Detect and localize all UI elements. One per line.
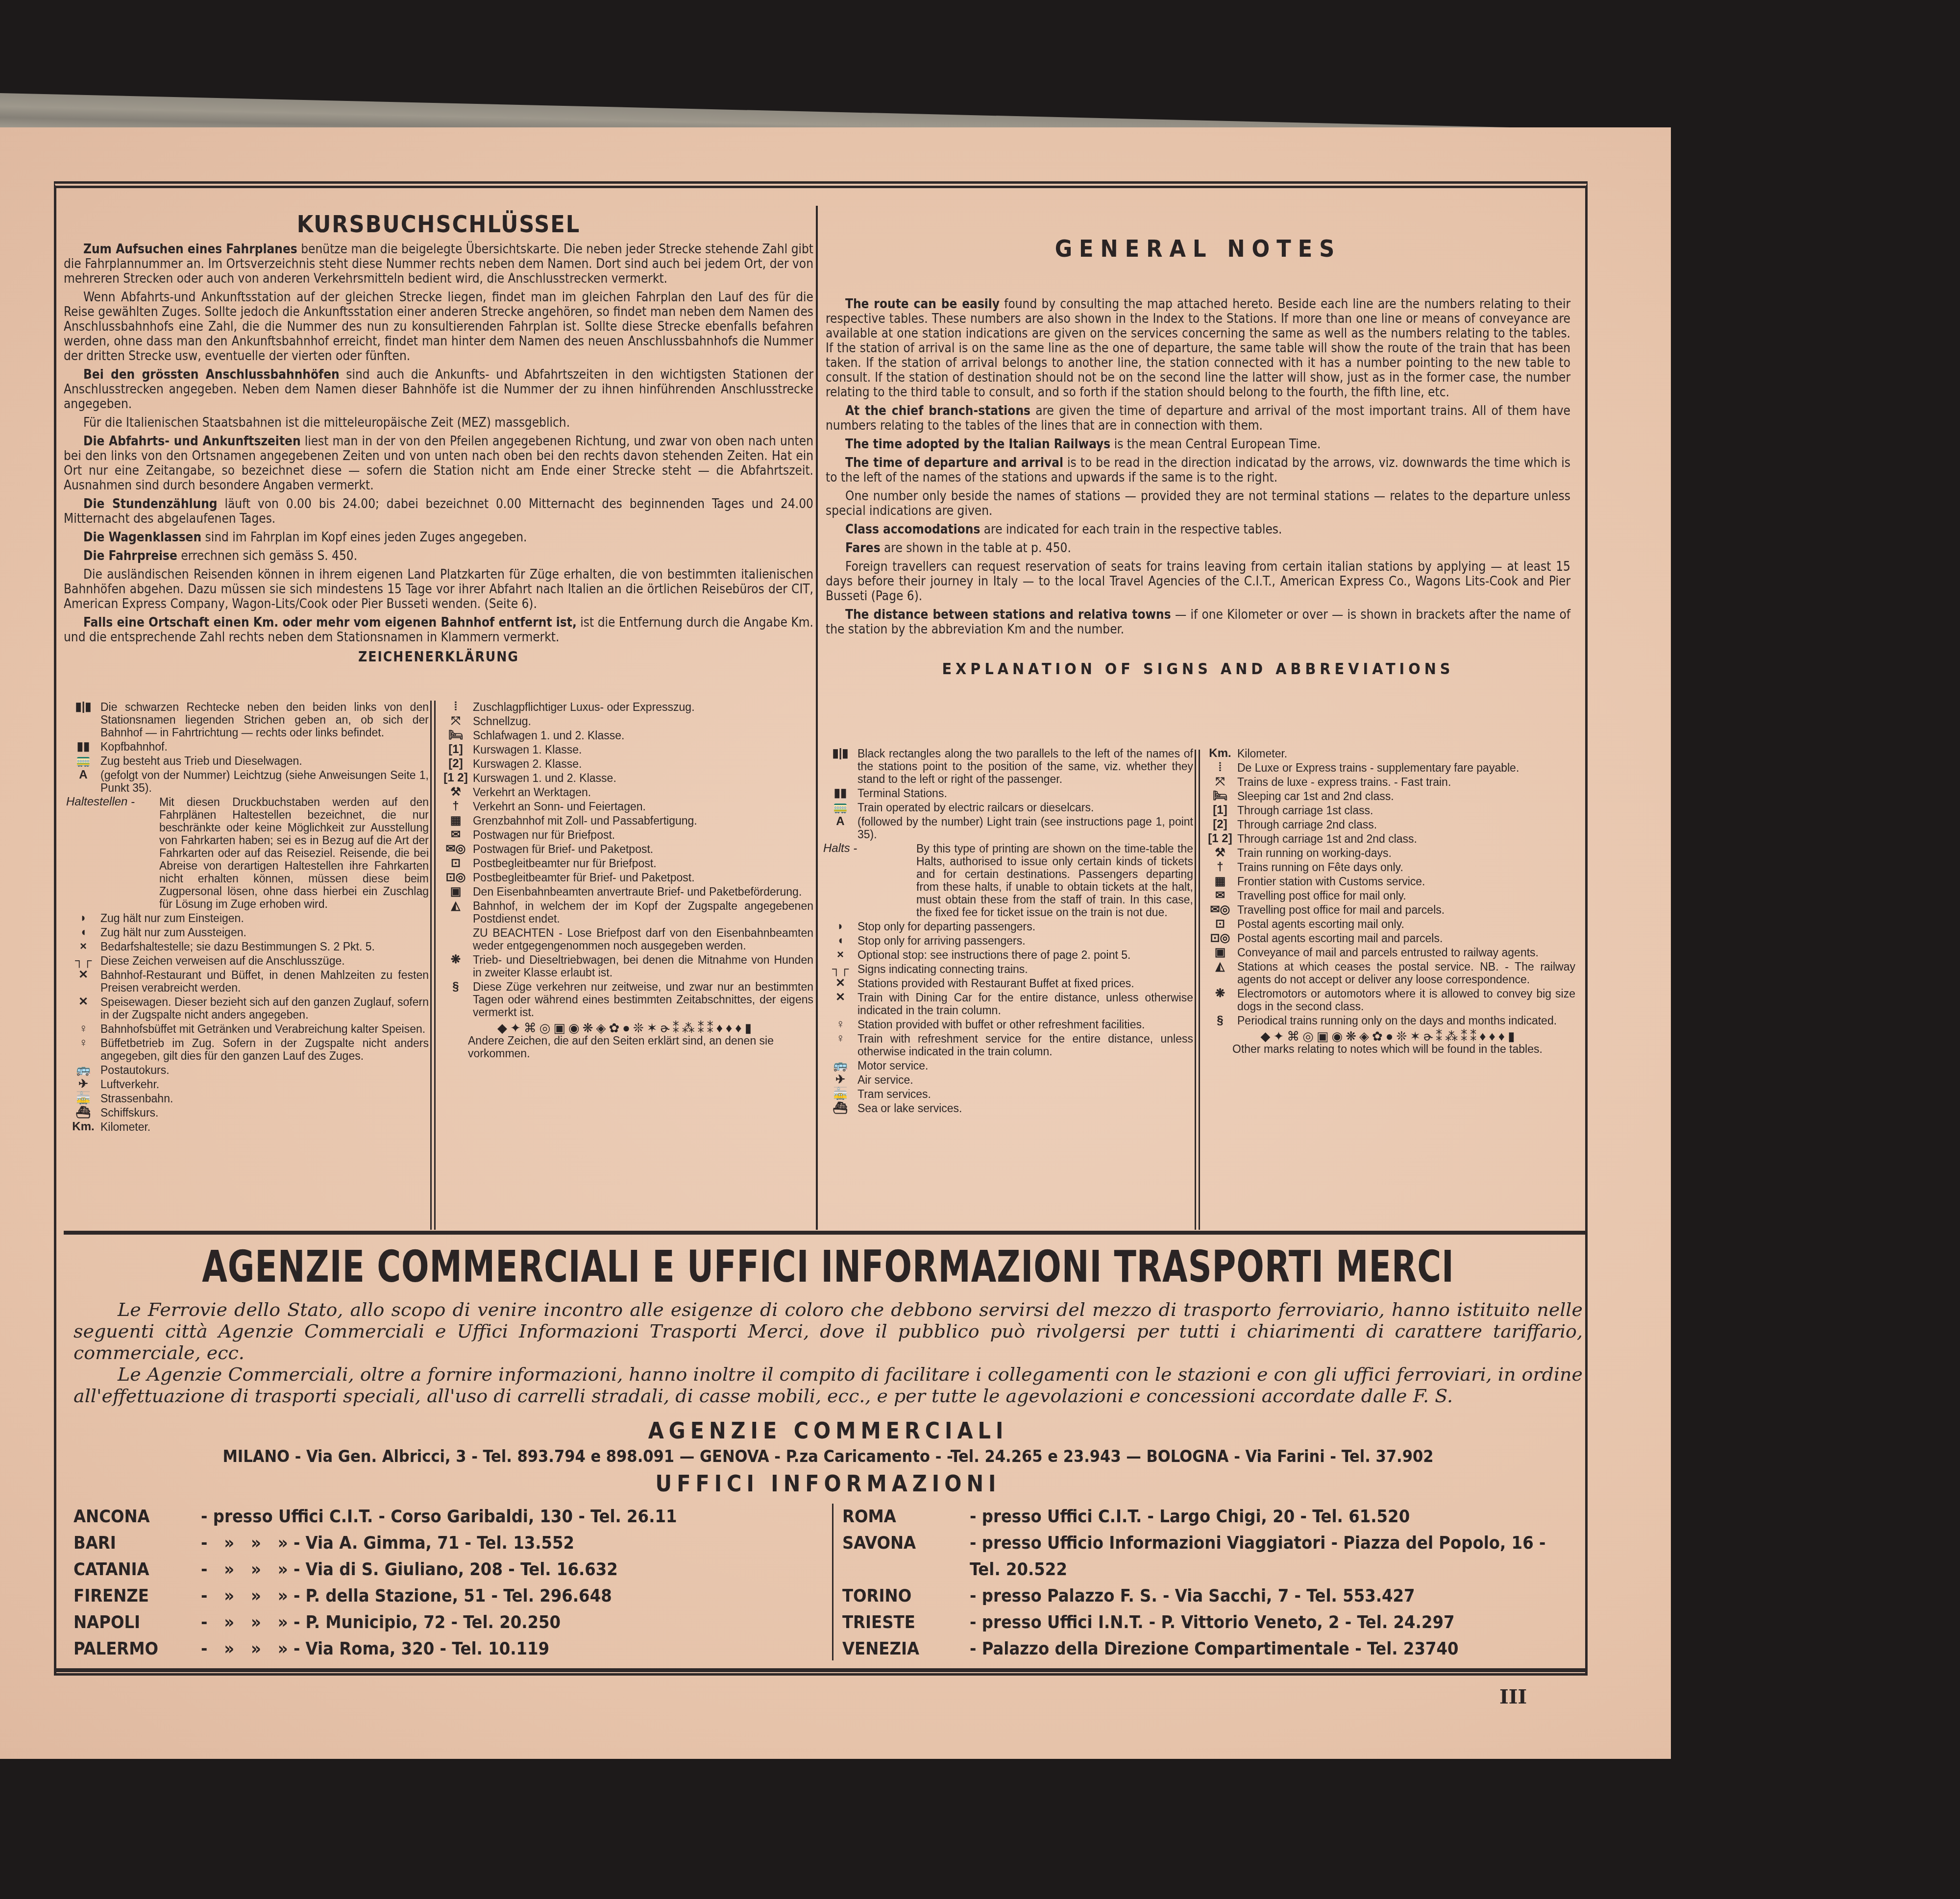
legend-row: §Diese Züge verkehren nur zeitweise, und… <box>439 980 813 1019</box>
through-carriage-2-icon: [2] <box>1203 818 1237 831</box>
legend-text: Train with refreshment service for the e… <box>857 1032 1193 1058</box>
legend-text: Trains de luxe - express trains. - Fast … <box>1237 776 1575 788</box>
legend-text: Postbegleitbeamter für Brief- und Paketp… <box>473 871 813 884</box>
office-detail: - presso Uffici C.I.T. - Corso Garibaldi… <box>201 1504 677 1530</box>
airplane-icon: ✈ <box>66 1078 100 1091</box>
legend-divider-right <box>1195 750 1196 1230</box>
paragraph-text: One number only beside the names of stat… <box>826 489 1570 518</box>
legend-divider-left-2 <box>434 701 436 1230</box>
paragraph: Die Stundenzählung läuft von 0.00 bis 24… <box>64 497 813 526</box>
legend-row: [1]Through carriage 1st class. <box>1203 804 1575 817</box>
agencies-intro-2: Le Agenzie Commerciali, oltre a fornire … <box>73 1363 1583 1407</box>
office-detail: - » » » - Via A. Gimma, 71 - Tel. 13.552 <box>201 1530 574 1557</box>
legend-text: Speisewagen. Dieser bezieht sich auf den… <box>100 996 429 1021</box>
legend-row: ×Bedarfshaltestelle; sie dazu Bestimmung… <box>66 940 429 953</box>
dining-car-icon: ✕ <box>823 991 857 1004</box>
train-buffet-icon: ♀ <box>823 1032 857 1045</box>
legend-text: Signs indicating connecting trains. <box>857 963 1193 975</box>
arriving-only-icon: ◖ <box>823 934 857 947</box>
supplement-icon: ⦙ <box>1203 761 1237 774</box>
km-label: Km. <box>66 1120 100 1133</box>
legend-text: Bahnhof-Restaurant und Büffet, in denen … <box>100 969 429 994</box>
legend-row: ◗Zug hält nur zum Einsteigen. <box>66 912 429 925</box>
agencies-title: AGENZIE COMMERCIALI E UFFICI INFORMAZION… <box>73 1242 1583 1292</box>
connection-icon: ┐┌ <box>66 954 100 967</box>
office-city: TRIESTE <box>842 1609 970 1636</box>
legend-row: ♀Büffetbetrieb im Zug. Sofern in der Zug… <box>66 1037 429 1062</box>
railway-agents-icon: ▣ <box>1203 946 1237 959</box>
office-row: FIRENZE- » » » - P. della Stazione, 51 -… <box>73 1583 823 1609</box>
legend-text: Travelling post office for mail and parc… <box>1237 903 1575 916</box>
legend-row: †Verkehrt an Sonn- und Feiertagen. <box>439 800 813 813</box>
paragraph: Class accomodations are indicated for ea… <box>826 522 1570 537</box>
legend-row: ⛴Schiffskurs. <box>66 1106 429 1119</box>
paragraph-lead: The route can be easily <box>845 297 1000 312</box>
legend-text: Luftverkehr. <box>100 1078 429 1091</box>
legend-text: (gefolgt von der Nummer) Leichtzug (sieh… <box>100 769 429 794</box>
kursbuch-paragraphs: Zum Aufsuchen eines Fahrplanes benütze m… <box>64 242 813 645</box>
legend-row: ZU BEACHTEN - Lose Briefpost darf von de… <box>439 926 813 952</box>
paragraph-lead: The time adopted by the Italian Railways <box>845 437 1110 452</box>
workdays-icon: ⚒ <box>439 786 473 799</box>
paragraph-lead: The distance between stations and relati… <box>845 608 1171 622</box>
office-row: PALERMO- » » » - Via Roma, 320 - Tel. 10… <box>73 1636 823 1662</box>
legend-text: Kilometer. <box>1237 747 1575 760</box>
legend-row: ◖Zug hält nur zum Aussteigen. <box>66 926 429 939</box>
legend-row: A(followed by the number) Light train (s… <box>823 815 1193 841</box>
dogs-allowed-icon: ❋ <box>1203 987 1237 1000</box>
office-city: ANCONA <box>73 1504 201 1530</box>
office-row: TRIESTE- presso Uffici I.N.T. - P. Vitto… <box>842 1609 1577 1636</box>
legend-row: ▮▮Terminal Stations. <box>823 787 1193 800</box>
agencies-intro-1: Le Ferrovie dello Stato, allo scopo di v… <box>73 1299 1583 1363</box>
other-symbols: ◆✦⌘◎▣◉❋◈✿●❊✶ɚ⁑⁂⁑⁑♦♦♦▮ <box>439 1022 813 1034</box>
legend-row: ✈Luftverkehr. <box>66 1078 429 1091</box>
station-side-rectangles-icon: ▮|▮ <box>823 747 857 760</box>
legend-text: Bedarfshaltestelle; sie dazu Bestimmunge… <box>100 940 429 953</box>
legend-row: ✕Bahnhof-Restaurant und Büffet, in denen… <box>66 969 429 994</box>
paragraph-lead: Bei den grössten Anschlussbahnhöfen <box>83 367 340 382</box>
km-label: Km. <box>1203 747 1237 760</box>
legend-text: Strassenbahn. <box>100 1092 429 1105</box>
bottom-rule <box>54 1668 1588 1672</box>
legend-text: Kilometer. <box>100 1120 429 1133</box>
halts-label: Haltestellen - <box>66 796 159 808</box>
office-city: PALERMO <box>73 1636 201 1662</box>
legend-text: Grenzbahnhof mit Zoll- und Passabfertigu… <box>473 814 813 827</box>
legend-row: 🛏Sleeping car 1st and 2nd class. <box>1203 790 1575 803</box>
info-offices-title: UFFICI INFORMAZIONI <box>73 1470 1583 1497</box>
paragraph: Zum Aufsuchen eines Fahrplanes benütze m… <box>64 242 813 286</box>
legend-text: Conveyance of mail and parcels entrusted… <box>1237 946 1575 959</box>
office-row: ROMA- presso Uffici C.I.T. - Largo Chigi… <box>842 1504 1577 1530</box>
paragraph: The time of departure and arrival is to … <box>826 456 1570 485</box>
office-city: NAPOLI <box>73 1609 201 1636</box>
paragraph: The time adopted by the Italian Railways… <box>826 437 1570 452</box>
legend-text: Postal agents escorting mail only. <box>1237 918 1575 930</box>
legend-text: Stations at which ceases the postal serv… <box>1237 960 1575 986</box>
legend-divider-right-2 <box>1199 750 1200 1230</box>
legend-row: 🚋Strassenbahn. <box>66 1092 429 1105</box>
office-city: VENEZIA <box>842 1636 970 1662</box>
restaurant-icon: ✕ <box>66 969 100 981</box>
kursbuch-title: KURSBUCHSCHLÜSSEL <box>64 211 813 238</box>
paragraph-lead: At the chief branch-stations <box>845 404 1030 418</box>
legend-row: ✉Postwagen nur für Briefpost. <box>439 828 813 841</box>
paragraph: One number only beside the names of stat… <box>826 489 1570 518</box>
legend-text: Zug besteht aus Trieb und Dieselwagen. <box>100 755 429 767</box>
legend-row: ⛴Sea or lake services. <box>823 1102 1193 1115</box>
station-side-rectangles-icon: ▮|▮ <box>66 701 100 713</box>
legend-row: ⤧Schnellzug. <box>439 715 813 728</box>
legend-row: ❋Electromotors or automotors where it is… <box>1203 987 1575 1013</box>
office-row: ANCONA- presso Uffici C.I.T. - Corso Gar… <box>73 1504 823 1530</box>
legend-text: Kopfbahnhof. <box>100 740 429 753</box>
legend-row: ┐┌Signs indicating connecting trains. <box>823 963 1193 975</box>
through-carriage-12-icon: [1 2] <box>1203 832 1237 845</box>
legend-text: Kurswagen 1. und 2. Klasse. <box>473 772 813 784</box>
dining-car-icon: ✕ <box>66 996 100 1008</box>
page-number: III <box>1499 1685 1527 1708</box>
postal-agents-icon: ⊡ <box>1203 918 1237 930</box>
legend-text: Den Eisenbahnbeamten anvertraute Brief- … <box>473 885 813 898</box>
legend-text: Stop only for arriving passengers. <box>857 934 1193 947</box>
offices-divider <box>832 1504 833 1660</box>
paragraph-lead: Die Abfahrts- und Ankunftszeiten <box>83 434 301 449</box>
other-symbols-text: Andere Zeichen, die auf den Seiten erklä… <box>439 1034 813 1060</box>
dogs-allowed-icon: ❋ <box>439 953 473 966</box>
supplement-icon: ⦙ <box>439 701 473 713</box>
legend-text: Through carriage 1st and 2nd class. <box>1237 832 1575 845</box>
legend-row: ▮|▮Black rectangles along the two parall… <box>823 747 1193 785</box>
legend-row: ▦Frontier station with Customs service. <box>1203 875 1575 888</box>
commercial-agencies-title: AGENZIE COMMERCIALI <box>73 1417 1583 1444</box>
general-notes-title: GENERAL NOTES <box>826 235 1570 263</box>
legend-text: Kurswagen 1. Klasse. <box>473 743 813 756</box>
legend-text: Postwagen nur für Briefpost. <box>473 828 813 841</box>
tram-icon: 🚋 <box>66 1092 100 1105</box>
legend-text: Trieb- und Dieseltriebwagen, bei denen d… <box>473 953 813 979</box>
legend-row: ⦙De Luxe or Express trains - supplementa… <box>1203 761 1575 774</box>
legend-row: ⚒Train running on working-days. <box>1203 847 1575 859</box>
postbus-icon: 🚌 <box>66 1064 100 1076</box>
departing-only-icon: ◗ <box>823 920 857 933</box>
notes-legend-left: ▮|▮Black rectangles along the two parall… <box>823 747 1193 1232</box>
paragraph: The distance between stations and relati… <box>826 608 1570 637</box>
other-marks: ◆✦⌘◎▣◉❋◈✿●❊✶ɚ⁑⁂⁑⁑♦♦♦▮ <box>1203 1030 1575 1043</box>
ship-icon: ⛴ <box>823 1102 857 1115</box>
express-train-icon: ⤧ <box>439 715 473 728</box>
legend-row: ✕Train with Dining Car for the entire di… <box>823 991 1193 1017</box>
legend-text: Postal agents escorting mail and parcels… <box>1237 932 1575 945</box>
legend-text: Black rectangles along the two parallels… <box>857 747 1193 785</box>
paragraph: Fares are shown in the table at p. 450. <box>826 541 1570 556</box>
paragraph-lead: Fares <box>845 541 881 556</box>
legend-text: Postautokurs. <box>100 1064 429 1076</box>
legend-row: ✕Stations provided with Restaurant Buffe… <box>823 977 1193 990</box>
office-row: BARI- » » » - Via A. Gimma, 71 - Tel. 13… <box>73 1530 823 1557</box>
legend-row: ▦Grenzbahnhof mit Zoll- und Passabfertig… <box>439 814 813 827</box>
express-train-icon: ⤧ <box>1203 776 1237 788</box>
postal-escort-icon: ⊡ <box>439 857 473 870</box>
legend-text: Bahnhofsbüffet mit Getränken und Verabre… <box>100 1023 429 1035</box>
paragraph-text: Für die Italienischen Staatsbahnen ist d… <box>83 415 570 430</box>
kursbuch-legend-right: ⦙Zuschlagpflichtiger Luxus- oder Express… <box>439 701 813 1230</box>
office-detail: - presso Ufficio Informazioni Viaggiator… <box>970 1530 1577 1583</box>
paragraph-lead: Falls eine Ortschaft einen Km. oder mehr… <box>83 615 577 630</box>
postal-end-icon: ◭ <box>439 900 473 912</box>
paragraph-text: are indicated for each train in the resp… <box>980 522 1282 537</box>
legend-row: ⊡◎Postbegleitbeamter für Brief- und Pake… <box>439 871 813 884</box>
legend-row: ♀Station provided with buffet or other r… <box>823 1018 1193 1031</box>
legend-row: ♀Train with refreshment service for the … <box>823 1032 1193 1058</box>
office-detail: - » » » - Via di S. Giuliano, 208 - Tel.… <box>201 1557 618 1583</box>
legend-row: ⤧Trains de luxe - express trains. - Fast… <box>1203 776 1575 788</box>
paragraph-lead: Die Stundenzählung <box>83 497 218 511</box>
office-detail: - presso Uffici C.I.T. - Largo Chigi, 20… <box>970 1504 1410 1530</box>
office-detail: - presso Uffici I.N.T. - P. Vittorio Ven… <box>970 1609 1455 1636</box>
paragraph-lead: The time of departure and arrival <box>845 456 1063 470</box>
legend-row: 🛏Schlafwagen 1. und 2. Klasse. <box>439 729 813 742</box>
legend-text: ZU BEACHTEN - Lose Briefpost darf von de… <box>473 926 813 952</box>
legend-row: ┐┌Diese Zeichen verweisen auf die Anschl… <box>66 954 429 967</box>
connection-icon: ┐┌ <box>823 963 857 975</box>
legend-row: ×Optional stop: see instructions there o… <box>823 949 1193 961</box>
notes-legend-right: Km.Kilometer.⦙De Luxe or Express trains … <box>1203 747 1575 1232</box>
office-city: CATANIA <box>73 1557 201 1583</box>
legend-row: 🚌Motor service. <box>823 1059 1193 1072</box>
legend-text: Through carriage 2nd class. <box>1237 818 1575 831</box>
legend-row: ◭Bahnhof, in welchem der im Kopf der Zug… <box>439 900 813 925</box>
sleeping-car-icon: 🛏 <box>439 729 473 742</box>
legend-text: Zuschlagpflichtiger Luxus- oder Expressz… <box>473 701 813 713</box>
paragraph-lead: Zum Aufsuchen eines Fahrplanes <box>83 242 297 257</box>
legend-row: 🚋Tram services. <box>823 1088 1193 1100</box>
legend-text: Motor service. <box>857 1059 1193 1072</box>
legend-row: ✉◎Postwagen für Brief- und Paketpost. <box>439 843 813 855</box>
paragraph: Die Fahrpreise errechnen sich gemäss S. … <box>64 549 813 563</box>
legend-text: Verkehrt an Sonn- und Feiertagen. <box>473 800 813 813</box>
paragraph: Wenn Abfahrts-und Ankunftsstation auf de… <box>64 290 813 364</box>
legend-row: ⊡Postal agents escorting mail only. <box>1203 918 1575 930</box>
legend-row: ✕Speisewagen. Dieser bezieht sich auf de… <box>66 996 429 1021</box>
legend-text: Station provided with buffet or other re… <box>857 1018 1193 1031</box>
legend-row: ❋Trieb- und Dieseltriebwagen, bei denen … <box>439 953 813 979</box>
legend-text: (followed by the number) Light train (se… <box>857 815 1193 841</box>
legend-text: Bahnhof, in welchem der im Kopf der Zugs… <box>473 900 813 925</box>
legend-row: ✈Air service. <box>823 1073 1193 1086</box>
mail-parcels-icon: ✉◎ <box>1203 903 1237 916</box>
legend-row: [1 2]Kurswagen 1. und 2. Klasse. <box>439 772 813 784</box>
letter-post-icon: ✉ <box>439 828 473 841</box>
restaurant-icon: ✕ <box>823 977 857 990</box>
through-coach-12-icon: [1 2] <box>439 772 473 784</box>
office-city: FIRENZE <box>73 1583 201 1609</box>
through-carriage-1-icon: [1] <box>1203 804 1237 817</box>
legend-row: Km.Kilometer. <box>66 1120 429 1133</box>
legend-row: ✉Travelling post office for mail only. <box>1203 889 1575 902</box>
office-row: NAPOLI- » » » - P. Municipio, 72 - Tel. … <box>73 1609 823 1636</box>
legend-row: †Trains running on Fête days only. <box>1203 861 1575 874</box>
paragraph-text: Foreign travellers can request reservati… <box>826 560 1570 604</box>
legend-row: ⚒Verkehrt an Werktagen. <box>439 786 813 799</box>
legend-text: Zug hält nur zum Einsteigen. <box>100 912 429 925</box>
letter-parcel-post-icon: ✉◎ <box>439 843 473 855</box>
legend-row: 🚃Zug besteht aus Trieb und Dieselwagen. <box>66 755 429 767</box>
airplane-icon: ✈ <box>823 1073 857 1086</box>
column-divider <box>816 206 818 1230</box>
legend-row: ▮|▮Die schwarzen Rechtecke neben den bei… <box>66 701 429 739</box>
paragraph: Foreign travellers can request reservati… <box>826 560 1570 604</box>
general-notes-section: GENERAL NOTES The route can be easily fo… <box>826 230 1570 720</box>
paragraph-text: found by consulting the map attached her… <box>826 297 1570 400</box>
office-detail: - » » » - Via Roma, 320 - Tel. 10.119 <box>201 1636 549 1662</box>
legend-row: ♀Bahnhofsbüffet mit Getränken und Verabr… <box>66 1023 429 1035</box>
paragraph-lead: Die Fahrpreise <box>83 549 177 563</box>
terminal-station-icon: ▮▮ <box>66 740 100 753</box>
legend-row: ⦙Zuschlagpflichtiger Luxus- oder Express… <box>439 701 813 713</box>
legend-divider-left <box>430 701 432 1230</box>
legend-text: Train operated by electric railcars or d… <box>857 801 1193 814</box>
offices-left: ANCONA- presso Uffici C.I.T. - Corso Gar… <box>73 1504 823 1662</box>
alighting-only-icon: ◖ <box>66 926 100 939</box>
legend-text: Periodical trains running only on the da… <box>1237 1014 1575 1027</box>
paragraph: Die Abfahrts- und Ankunftszeiten liest m… <box>64 434 813 493</box>
through-coach-1-icon: [1] <box>439 743 473 756</box>
paragraph: Falls eine Ortschaft einen Km. oder mehr… <box>64 615 813 645</box>
legend-text: Diese Zeichen verweisen auf die Anschlus… <box>100 954 429 967</box>
legend-row: §Periodical trains running only on the d… <box>1203 1014 1575 1027</box>
legend-text: Tram services. <box>857 1088 1193 1100</box>
paragraph: The route can be easily found by consult… <box>826 297 1570 400</box>
legend-text: Zug hält nur zum Aussteigen. <box>100 926 429 939</box>
legend-text: Air service. <box>857 1073 1193 1086</box>
legend-text: Optional stop: see instructions there of… <box>857 949 1193 961</box>
postal-agents-parcels-icon: ⊡◎ <box>1203 932 1237 945</box>
legend-row: Halts -By this type of printing are show… <box>823 842 1193 919</box>
mail-only-icon: ✉ <box>1203 889 1237 902</box>
legend-row: ▣Den Eisenbahnbeamten anvertraute Brief-… <box>439 885 813 898</box>
railcar-icon: 🚃 <box>66 755 100 767</box>
legend-text: Verkehrt an Werktagen. <box>473 786 813 799</box>
general-notes-paragraphs: The route can be easily found by consult… <box>826 297 1570 637</box>
legend-text: Schiffskurs. <box>100 1106 429 1119</box>
office-city: ROMA <box>842 1504 970 1530</box>
paragraph-text: is the mean Central European Time. <box>1110 437 1321 452</box>
paragraph-text: sind im Fahrplan im Kopf eines jeden Zug… <box>201 530 527 545</box>
paragraph-text: errechnen sich gemäss S. 450. <box>177 549 357 563</box>
periodic-train-icon: § <box>439 980 473 993</box>
legend-text: By this type of printing are shown on th… <box>916 842 1193 919</box>
legend-text: Terminal Stations. <box>857 787 1193 800</box>
tram-icon: 🚋 <box>823 1088 857 1100</box>
motor-service-icon: 🚌 <box>823 1059 857 1072</box>
legend-row: [2]Through carriage 2nd class. <box>1203 818 1575 831</box>
boarding-only-icon: ◗ <box>66 912 100 925</box>
station-buffet-icon: ♀ <box>823 1018 857 1031</box>
office-city: TORINO <box>842 1583 970 1609</box>
train-buffet-icon: ♀ <box>66 1037 100 1049</box>
office-row: SAVONA- presso Ufficio Informazioni Viag… <box>842 1530 1577 1583</box>
railway-mail-icon: ▣ <box>439 885 473 898</box>
explanation-title: EXPLANATION OF SIGNS AND ABBREVIATIONS <box>826 659 1570 678</box>
office-detail: - » » » - P. Municipio, 72 - Tel. 20.250 <box>201 1609 561 1636</box>
station-buffet-icon: ♀ <box>66 1023 100 1035</box>
paragraph-lead: Class accomodations <box>845 522 980 537</box>
legend-row: ▮▮Kopfbahnhof. <box>66 740 429 753</box>
legend-row: 🚌Postautokurs. <box>66 1064 429 1076</box>
zeichenerklaerung-title: ZEICHENERKLÄRUNG <box>64 649 813 665</box>
office-city: BARI <box>73 1530 201 1557</box>
legend-row: ✉◎Travelling post office for mail and pa… <box>1203 903 1575 916</box>
paragraph-lead: Die Wagenklassen <box>83 530 201 545</box>
legend-text: Stations provided with Restaurant Buffet… <box>857 977 1193 990</box>
light-train-icon: A <box>66 769 100 781</box>
frontier-station-icon: ▦ <box>1203 875 1237 888</box>
paragraph-text: Wenn Abfahrts-und Ankunftsstation auf de… <box>64 290 813 364</box>
workdays-icon: ⚒ <box>1203 847 1237 859</box>
legend-text: Sleeping car 1st and 2nd class. <box>1237 790 1575 803</box>
legend-row: Km.Kilometer. <box>1203 747 1575 760</box>
paragraph-text: are shown in the table at p. 450. <box>881 541 1071 556</box>
commercial-agencies-line: MILANO - Via Gen. Albricci, 3 - Tel. 893… <box>73 1447 1583 1466</box>
postal-end-icon: ◭ <box>1203 960 1237 973</box>
legend-text: Travelling post office for mail only. <box>1237 889 1575 902</box>
legend-text: Frontier station with Customs service. <box>1237 875 1575 888</box>
offices-right: ROMA- presso Uffici C.I.T. - Largo Chigi… <box>842 1504 1577 1662</box>
sundays-icon: † <box>439 800 473 813</box>
legend-row: ⊡◎Postal agents escorting mail and parce… <box>1203 932 1575 945</box>
office-detail: - Palazzo della Direzione Compartimental… <box>970 1636 1459 1662</box>
railcar-icon: 🚃 <box>823 801 857 814</box>
legend-row: A(gefolgt von der Nummer) Leichtzug (sie… <box>66 769 429 794</box>
legend-text: Büffetbetrieb im Zug. Sofern in der Zugs… <box>100 1037 429 1062</box>
paragraph: Die ausländischen Reisenden können in ih… <box>64 567 813 611</box>
fete-days-icon: † <box>1203 861 1237 874</box>
legend-text: De Luxe or Express trains - supplementar… <box>1237 761 1575 774</box>
office-city: SAVONA <box>842 1530 970 1583</box>
sleeping-car-icon: 🛏 <box>1203 790 1237 803</box>
office-row: TORINO- presso Palazzo F. S. - Via Sacch… <box>842 1583 1577 1609</box>
legend-text: Postwagen für Brief- und Paketpost. <box>473 843 813 855</box>
legend-text: Schnellzug. <box>473 715 813 728</box>
legend-text: Train with Dining Car for the entire dis… <box>857 991 1193 1017</box>
legend-row: ⊡Postbegleitbeamter nur für Briefpost. <box>439 857 813 870</box>
kursbuch-legend-left: ▮|▮Die schwarzen Rechtecke neben den bei… <box>66 701 429 1230</box>
legend-row: 🚃Train operated by electric railcars or … <box>823 801 1193 814</box>
legend-text: Schlafwagen 1. und 2. Klasse. <box>473 729 813 742</box>
office-detail: - » » » - P. della Stazione, 51 - Tel. 2… <box>201 1583 612 1609</box>
legend-text: Stop only for departing passengers. <box>857 920 1193 933</box>
legend-text: Trains running on Fête days only. <box>1237 861 1575 874</box>
paragraph: At the chief branch-stations are given t… <box>826 404 1570 433</box>
optional-stop-icon: × <box>823 949 857 961</box>
ship-icon: ⛴ <box>66 1106 100 1119</box>
legend-text: Kurswagen 2. Klasse. <box>473 757 813 770</box>
through-coach-2-icon: [2] <box>439 757 473 770</box>
paragraph: Bei den grössten Anschlussbahnhöfen sind… <box>64 367 813 412</box>
section-rule <box>64 1231 1588 1235</box>
legend-text: Diese Züge verkehren nur zeitweise, und … <box>473 980 813 1019</box>
periodic-train-icon: § <box>1203 1014 1237 1027</box>
legend-row: [1]Kurswagen 1. Klasse. <box>439 743 813 756</box>
light-train-icon: A <box>823 815 857 828</box>
agencies-section: AGENZIE COMMERCIALI E UFFICI INFORMAZION… <box>73 1242 1583 1683</box>
legend-text: Sea or lake services. <box>857 1102 1193 1115</box>
legend-row: [1 2]Through carriage 1st and 2nd class. <box>1203 832 1575 845</box>
legend-text: Electromotors or automotors where it is … <box>1237 987 1575 1013</box>
request-stop-icon: × <box>66 940 100 953</box>
